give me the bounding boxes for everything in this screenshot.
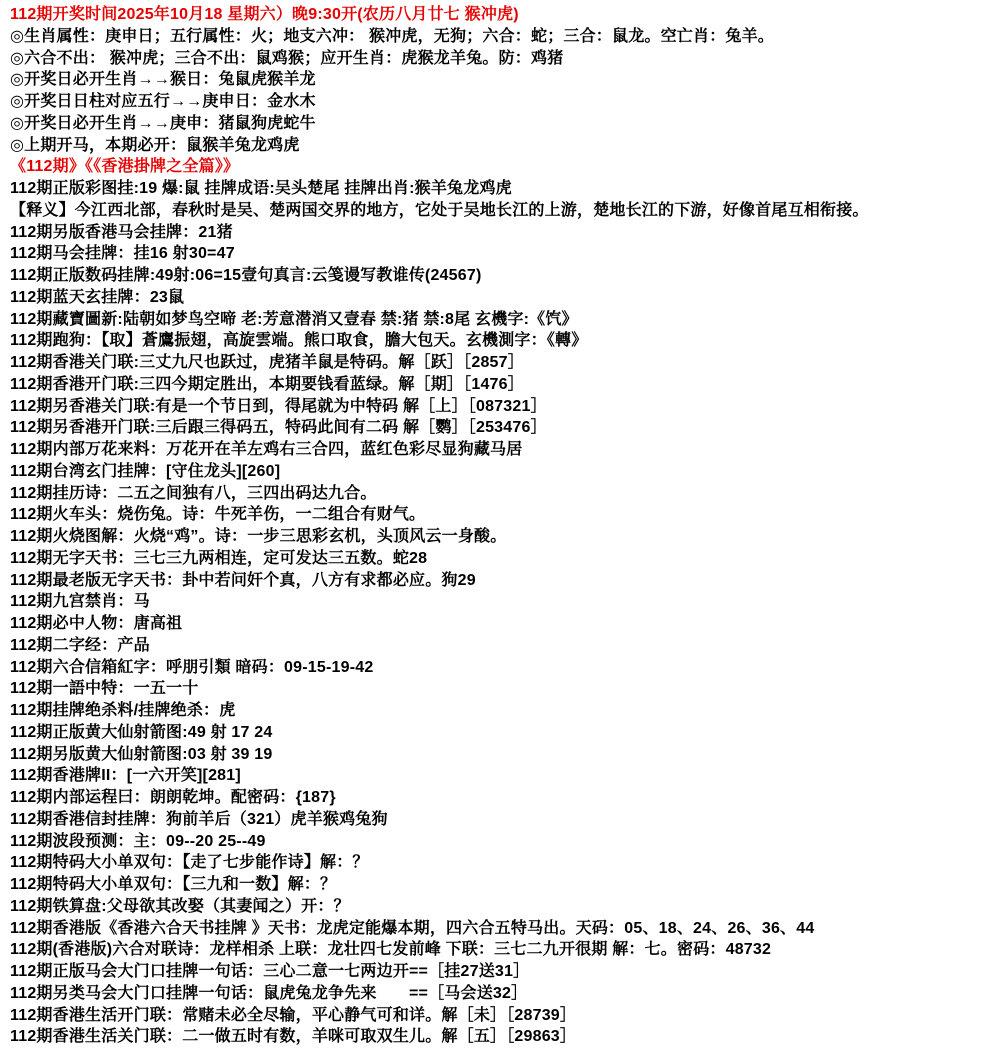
- text-line-5: ◎开奖日日柱对应五行→→庚申日：金水木: [10, 91, 992, 113]
- text-line-1: 112期开奖时间2025年10月18 星期六）晚9:30开(农历八月廿七 猴冲虎…: [10, 4, 992, 26]
- text-line-19: 112期另香港关门联:有是一个节日到，得尾就为中特码 解［上］［087321］: [10, 396, 992, 418]
- text-line-8: 《112期》《《香港掛牌之全篇》》: [10, 156, 992, 178]
- text-line-23: 112期挂历诗：二五之间独有八，三四出码达九合。: [10, 483, 992, 505]
- text-line-31: 112期六合信箱紅字：呼朋引類 暗码：09-15-19-42: [10, 657, 992, 679]
- text-line-43: 112期香港版《香港六合天书挂牌 》天书：龙虎定能爆本期，四六合五特马出。天码：…: [10, 918, 992, 940]
- text-line-40: 112期特码大小单双句：【走了七步能作诗】解：？: [10, 852, 992, 874]
- text-line-35: 112期另版黄大仙射箭图:03 射 39 19: [10, 744, 992, 766]
- text-line-11: 112期另版香港马会挂牌：21猪: [10, 222, 992, 244]
- text-line-33: 112期挂牌绝杀料/挂牌绝杀：虎: [10, 700, 992, 722]
- text-line-20: 112期另香港开门联:三后跟三得码五，特码此间有二码 解［鹦］［253476］: [10, 417, 992, 439]
- text-line-29: 112期必中人物：唐高祖: [10, 613, 992, 635]
- text-line-26: 112期无字天书：三七三九两相连，定可发达三五数。蛇28: [10, 548, 992, 570]
- text-line-22: 112期台湾玄门挂牌：[守住龙头][260]: [10, 461, 992, 483]
- text-line-18: 112期香港开门联:三四今期定胜出，本期要钱看蓝绿。解［期］［1476］: [10, 374, 992, 396]
- text-line-17: 112期香港关门联:三丈九尺也跃过，虎猪羊鼠是特码。解［跃］［2857］: [10, 352, 992, 374]
- text-line-16: 112期跑狗：【取】蒼鷹振翅，高旋雲端。熊口取食，膽大包天。玄機測字：《轉》: [10, 330, 992, 352]
- text-line-24: 112期火车头：烧伤兔。诗：牛死羊伤，一二组合有财气。: [10, 504, 992, 526]
- text-line-13: 112期正版数码挂牌:49射:06=15壹句真言:云笺谩写教谁传(24567): [10, 265, 992, 287]
- text-line-46: 112期另类马会大门口挂牌一句话：鼠虎兔龙争先来 ==［马会送32］: [10, 983, 992, 1005]
- text-line-48: 112期香港生活关门联：二一做五时有数，羊咪可取双生儿。解［五］［29863］: [10, 1026, 992, 1048]
- text-line-37: 112期内部运程曰：朗朗乾坤。配密码：{187}: [10, 787, 992, 809]
- text-line-12: 112期马会挂牌：挂16 射30=47: [10, 243, 992, 265]
- text-line-14: 112期蓝天玄挂牌：23鼠: [10, 287, 992, 309]
- text-line-3: ◎六合不出： 猴冲虎；三合不出：鼠鸡猴；应开生肖：虎猴龙羊兔。防：鸡猪: [10, 48, 992, 70]
- text-line-9: 112期正版彩图挂:19 爆:鼠 挂牌成语:吴头楚尾 挂牌出肖:猴羊兔龙鸡虎: [10, 178, 992, 200]
- text-line-4: ◎开奖日必开生肖→→猴日：兔鼠虎猴羊龙: [10, 69, 992, 91]
- lottery-tips-document: 112期开奖时间2025年10月18 星期六）晚9:30开(农历八月廿七 猴冲虎…: [0, 0, 1000, 1051]
- text-line-28: 112期九宫禁肖：马: [10, 591, 992, 613]
- text-line-36: 112期香港牌II：[一六开笑][281]: [10, 765, 992, 787]
- text-line-15: 112期藏寶圖新:陆朝如梦鸟空啼 老:芳意潜消又壹春 禁:猪 禁:8尾 玄機字:…: [10, 309, 992, 331]
- text-line-25: 112期火烧图解：火烧“鸡”。诗：一步三思彩玄机，头顶风云一身酸。: [10, 526, 992, 548]
- text-line-21: 112期内部万花来料：万花开在羊左鸡右三合四，蓝红色彩尽显狗藏马居: [10, 439, 992, 461]
- text-line-30: 112期二字经：产品: [10, 635, 992, 657]
- text-line-32: 112期一語中特：一五一十: [10, 678, 992, 700]
- text-line-7: ◎上期开马，本期必开：鼠猴羊兔龙鸡虎: [10, 135, 992, 157]
- text-line-45: 112期正版马会大门口挂牌一句话：三心二意一七两边开==［挂27送31］: [10, 961, 992, 983]
- text-line-34: 112期正版黄大仙射箭图:49 射 17 24: [10, 722, 992, 744]
- text-line-10: 【释义】今江西北部，春秋时是吴、楚两国交界的地方，它处于吴地长江的上游，楚地长江…: [10, 200, 992, 222]
- text-line-38: 112期香港信封挂牌：狗前羊后（321）虎羊猴鸡兔狗: [10, 809, 992, 831]
- text-line-27: 112期最老版无字天书：卦中若问奸个真，八方有求都必应。狗29: [10, 570, 992, 592]
- text-line-6: ◎开奖日必开生肖→→庚申：猪鼠狗虎蛇牛: [10, 113, 992, 135]
- text-line-42: 112期铁算盘:父母欲其改娶（其妻闻之）开：？: [10, 896, 992, 918]
- text-line-39: 112期波段预测：主：09--20 25--49: [10, 831, 992, 853]
- text-line-44: 112期(香港版)六合对联诗：龙样相杀 上联：龙壮四七发前峰 下联：三七二九开很…: [10, 939, 992, 961]
- text-line-47: 112期香港生活开门联：常赌未必全尽输，平心静气可和详。解［未］［28739］: [10, 1005, 992, 1027]
- text-line-2: ◎生肖属性：庚申日；五行属性：火；地支六冲： 猴冲虎，无狗；六合：蛇；三合：鼠龙…: [10, 26, 992, 48]
- text-line-41: 112期特码大小单双句：【三九和一数】解：？: [10, 874, 992, 896]
